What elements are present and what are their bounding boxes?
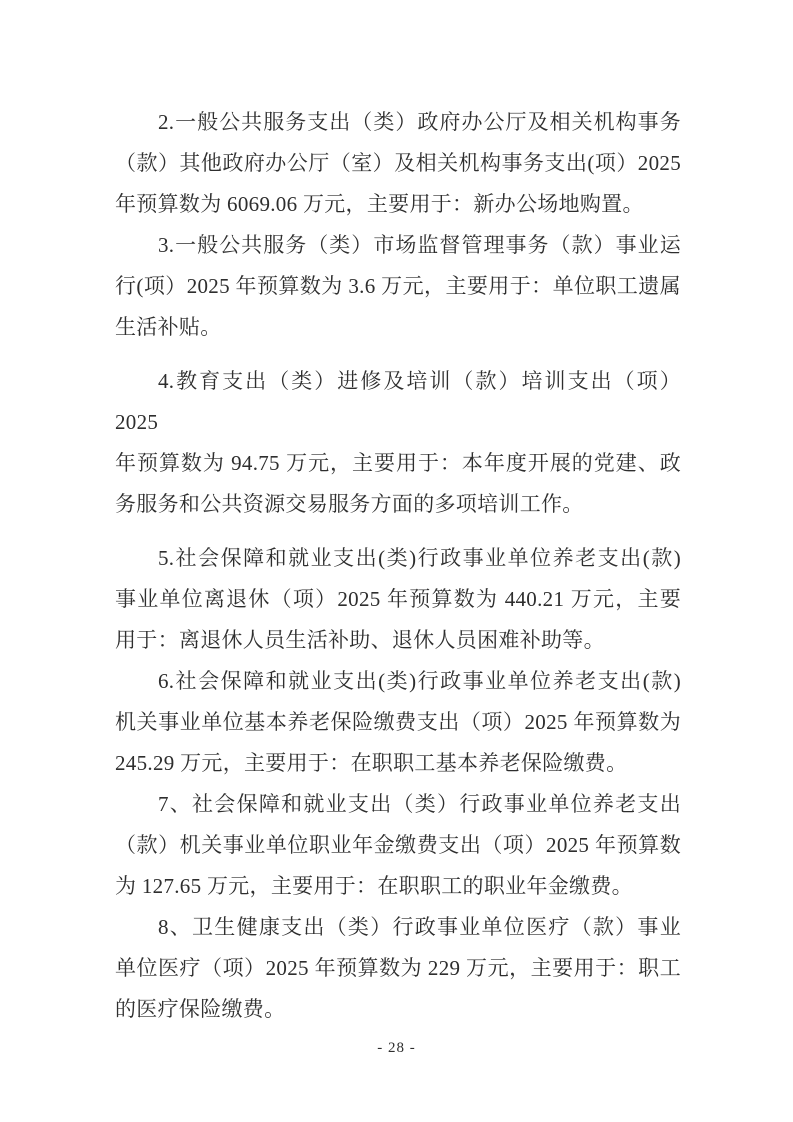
paragraph-line: 245.29 万元，主要用于：在职职工基本养老保险缴费。 bbox=[115, 743, 681, 784]
paragraph-line: 6.社会保障和就业支出(类)行政事业单位养老支出(款) bbox=[115, 661, 681, 702]
document-page: 2.一般公共服务支出（类）政府办公厅及相关机构事务 （款）其他政府办公厅（室）及… bbox=[0, 0, 793, 1122]
budget-item-paragraph-8: 8、卫生健康支出（类）行政事业单位医疗（款）事业 单位医疗（项）2025 年预算… bbox=[115, 907, 681, 1030]
budget-item-paragraph-7: 7、社会保障和就业支出（类）行政事业单位养老支出 （款）机关事业单位职业年金缴费… bbox=[115, 784, 681, 907]
paragraph-line: 7、社会保障和就业支出（类）行政事业单位养老支出 bbox=[115, 784, 681, 825]
document-body: 2.一般公共服务支出（类）政府办公厅及相关机构事务 （款）其他政府办公厅（室）及… bbox=[115, 102, 681, 1030]
budget-item-paragraph-5: 5.社会保障和就业支出(类)行政事业单位养老支出(款) 事业单位离退休（项）20… bbox=[115, 538, 681, 661]
page-number: - 28 - bbox=[0, 1040, 793, 1057]
budget-item-paragraph-6: 6.社会保障和就业支出(类)行政事业单位养老支出(款) 机关事业单位基本养老保险… bbox=[115, 661, 681, 784]
budget-item-paragraph-4: 4.教育支出（类）进修及培训（款）培训支出（项）2025 年预算数为 94.75… bbox=[115, 361, 681, 525]
budget-item-paragraph-2: 2.一般公共服务支出（类）政府办公厅及相关机构事务 （款）其他政府办公厅（室）及… bbox=[115, 102, 681, 225]
paragraph-line: 用于：离退休人员生活补助、退休人员困难补助等。 bbox=[115, 620, 681, 661]
paragraph-line: 2.一般公共服务支出（类）政府办公厅及相关机构事务 bbox=[115, 102, 681, 143]
paragraph-line: 务服务和公共资源交易服务方面的多项培训工作。 bbox=[115, 484, 681, 525]
paragraph-line: 的医疗保险缴费。 bbox=[115, 989, 681, 1030]
paragraph-line: 年预算数为 94.75 万元，主要用于：本年度开展的党建、政 bbox=[115, 443, 681, 484]
paragraph-line: 4.教育支出（类）进修及培训（款）培训支出（项）2025 bbox=[115, 361, 681, 443]
paragraph-line: 为 127.65 万元，主要用于：在职职工的职业年金缴费。 bbox=[115, 866, 681, 907]
paragraph-line: （款）机关事业单位职业年金缴费支出（项）2025 年预算数 bbox=[115, 825, 681, 866]
budget-item-paragraph-3: 3.一般公共服务（类）市场监督管理事务（款）事业运 行(项）2025 年预算数为… bbox=[115, 225, 681, 348]
paragraph-line: 8、卫生健康支出（类）行政事业单位医疗（款）事业 bbox=[115, 907, 681, 948]
paragraph-line: 机关事业单位基本养老保险缴费支出（项）2025 年预算数为 bbox=[115, 702, 681, 743]
paragraph-line: 年预算数为 6069.06 万元，主要用于：新办公场地购置。 bbox=[115, 184, 681, 225]
paragraph-line: 事业单位离退休（项）2025 年预算数为 440.21 万元，主要 bbox=[115, 579, 681, 620]
paragraph-line: 3.一般公共服务（类）市场监督管理事务（款）事业运 bbox=[115, 225, 681, 266]
paragraph-line: 行(项）2025 年预算数为 3.6 万元，主要用于：单位职工遗属 bbox=[115, 266, 681, 307]
paragraph-line: 5.社会保障和就业支出(类)行政事业单位养老支出(款) bbox=[115, 538, 681, 579]
paragraph-line: 生活补贴。 bbox=[115, 307, 681, 348]
paragraph-line: （款）其他政府办公厅（室）及相关机构事务支出(项）2025 bbox=[115, 143, 681, 184]
paragraph-line: 单位医疗（项）2025 年预算数为 229 万元，主要用于：职工 bbox=[115, 948, 681, 989]
